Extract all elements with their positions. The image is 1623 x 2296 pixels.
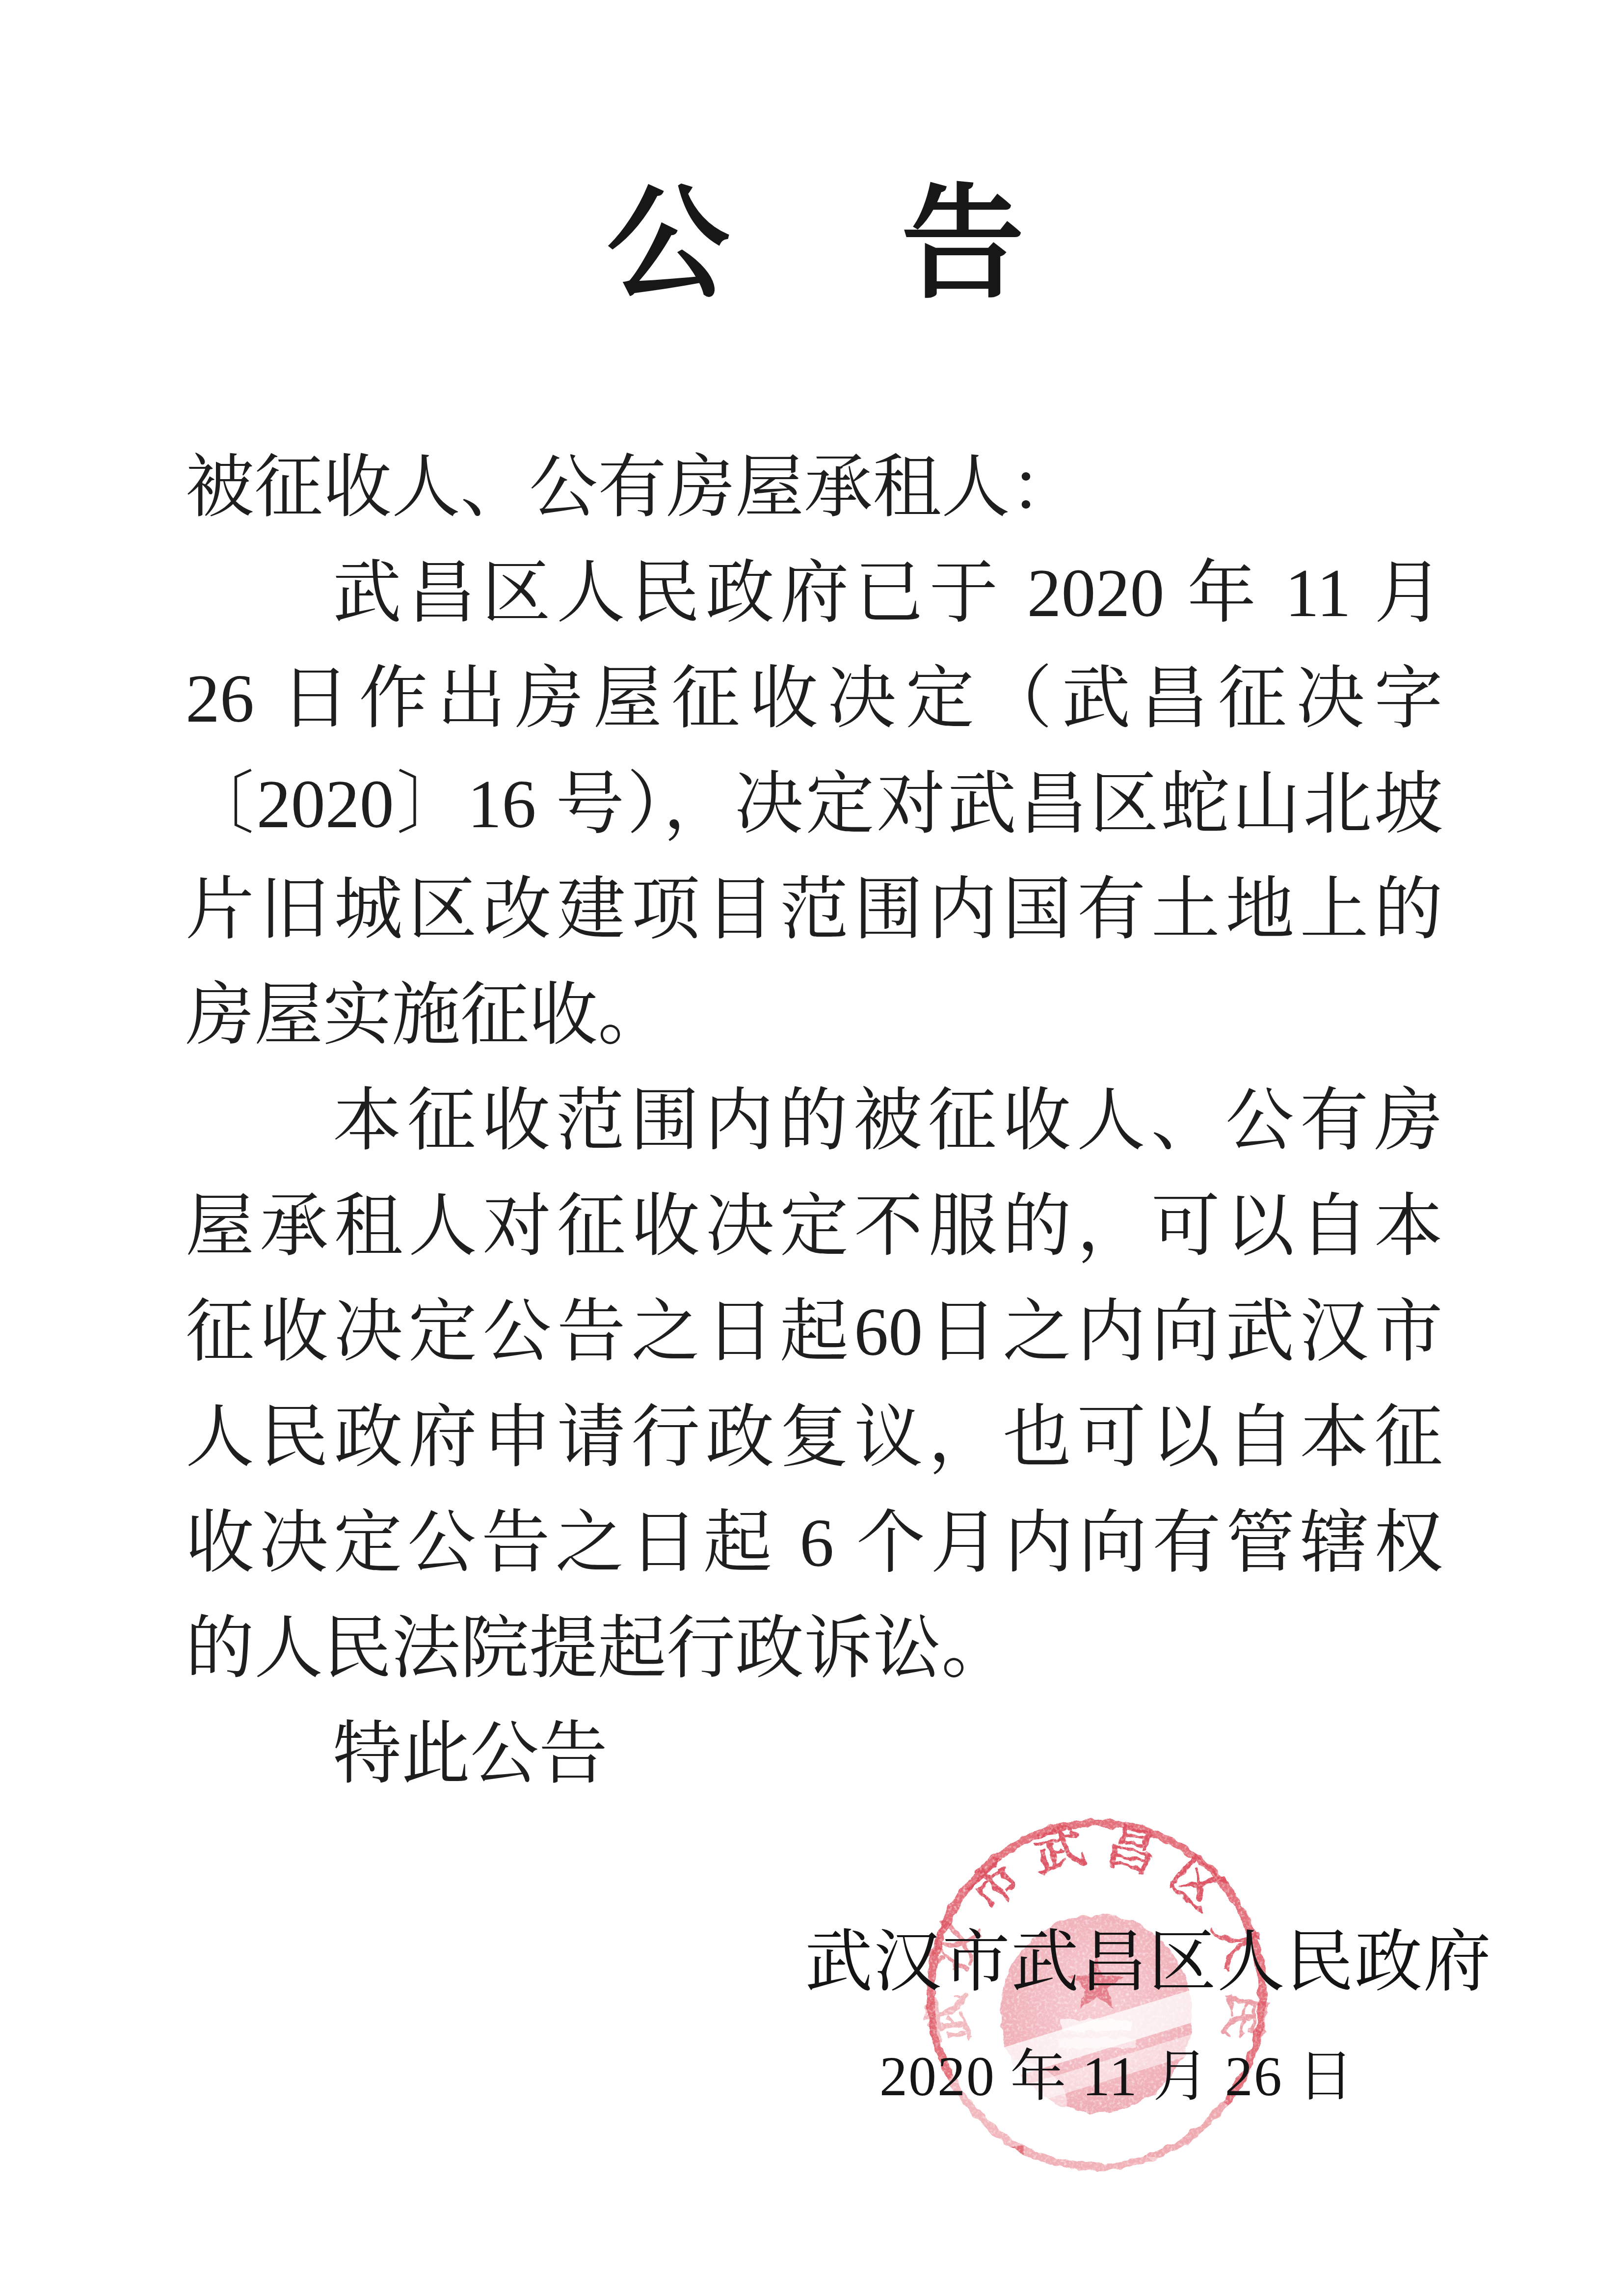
seal-arc-text: 武 汉 市 武 昌 区 人 民 政 府 [900, 1789, 1275, 2048]
body-line: 片旧城区改建项目范围内国有土地上的 [186, 857, 1443, 963]
issue-date: 2020 年 11 月 26 日 [879, 2047, 1355, 2106]
announcement-page: 公告 被征收人、公有房屋承租人： 武昌区人民政府已于 2020 年 11 月 2… [0, 0, 1623, 2296]
seal-char: 市 [958, 1848, 1033, 1922]
body-line-salutation: 被征收人、公有房屋承租人： [186, 435, 1443, 540]
body-line: 收决定公告之日起 6 个月内向有管辖权 [186, 1490, 1443, 1596]
body-line: 武昌区人民政府已于 2020 年 11 月 [186, 540, 1443, 646]
body-line: 征收决定公告之日起60日之内向武汉市 [186, 1279, 1443, 1385]
body-line: 26 日作出房屋征收决定（武昌征决字 [186, 646, 1443, 752]
body-line: 房屋实施征收。 [186, 963, 1443, 1068]
issuer-signature: 武汉市武昌区人民政府 [805, 1927, 1492, 1997]
body-line: 〔2020〕16 号），决定对武昌区蛇山北坡 [186, 752, 1443, 857]
title-char-gong: 公 [607, 177, 730, 313]
body-line: 的人民法院提起行政诉讼。 [186, 1596, 1443, 1702]
body-text: 被征收人、公有房屋承租人： 武昌区人民政府已于 2020 年 11 月 26 日… [186, 435, 1443, 1807]
page-title: 公告 [0, 181, 1623, 310]
seal-fade-blob [1021, 2146, 1171, 2193]
title-char-gao: 告 [902, 177, 1024, 313]
seal-char: 昌 [1101, 1818, 1164, 1883]
body-line: 屋承租人对征收决定不服的，可以自本 [186, 1174, 1443, 1279]
body-line: 本征收范围内的被征收人、公有房 [186, 1068, 1443, 1174]
body-line: 人民政府申请行政复议，也可以自本征 [186, 1385, 1443, 1490]
seal-char: 区 [1159, 1847, 1234, 1922]
body-line-closing: 特此公告 [186, 1702, 1443, 1807]
seal-emblem-bar [1062, 2020, 1131, 2031]
seal-char: 武 [1028, 1818, 1091, 1883]
title-gap [730, 286, 902, 286]
